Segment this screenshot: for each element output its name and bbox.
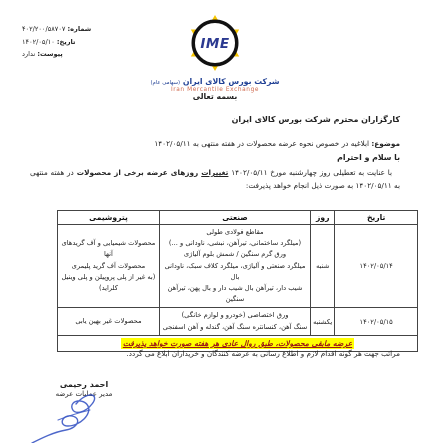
subject-label: موضوع: bbox=[371, 139, 400, 148]
cell-petrochemical: محصولات غیر بهین یابی bbox=[58, 308, 160, 335]
industrial-line: ورق گرم سنگین / شمش بلوم آلیاژی bbox=[162, 249, 308, 260]
industrial-line: شیب دار، تیرآهن بال شیب دار و بال پهن، ت… bbox=[162, 283, 308, 305]
table-row: ۱۴۰۲/۰۵/۱۴ شنبه مقاطع فولادی طولی (میلگر… bbox=[58, 225, 418, 308]
col-header-day: روز bbox=[311, 211, 335, 225]
petrochemical-line: محصولات آف گرید پلیمری bbox=[60, 261, 157, 272]
company-name-fa-suffix: (سهامی عام) bbox=[150, 80, 180, 86]
cell-industrial: مقاطع فولادی طولی (میلگرد ساختمانی، تیرآ… bbox=[159, 225, 310, 308]
petrochemical-line: محصولات غیر بهین یابی bbox=[60, 316, 157, 327]
signature-block: احمد رحیمی مدیر عملیات عرضه bbox=[30, 380, 138, 399]
signer-title: مدیر عملیات عرضه bbox=[30, 390, 138, 399]
supply-schedule-table-wrap: تاریخ روز صنعتی پتروشیمی ۱۴۰۲/۰۵/۱۴ شنبه… bbox=[57, 210, 418, 352]
company-name-fa-text: شرکت بورس کالای ایران bbox=[183, 77, 280, 86]
subject-line: موضوع: ابلاغیه در خصوص نحوه عرضه محصولات… bbox=[30, 137, 400, 150]
header-logo-block: IME شرکت بورس کالای ایران (سهامی عام) Ir… bbox=[0, 14, 430, 93]
col-header-petrochemical: پتروشیمی bbox=[58, 211, 160, 225]
cell-day: شنبه bbox=[311, 225, 335, 308]
cell-petrochemical: محصولات شیمیایی و آف گریدهای آنها محصولا… bbox=[58, 225, 160, 308]
subject-text: ابلاغیه در خصوص نحوه عرضه محصولات در هفت… bbox=[154, 139, 371, 148]
supply-schedule-table: تاریخ روز صنعتی پتروشیمی ۱۴۰۲/۰۵/۱۴ شنبه… bbox=[57, 210, 418, 352]
salutation-line: کارگزاران محترم شرکت بورس کالای ایران bbox=[30, 113, 400, 126]
body-text-underlined: تغییرات bbox=[201, 168, 228, 177]
company-name-fa: شرکت بورس کالای ایران (سهامی عام) bbox=[0, 77, 430, 86]
cell-day: یکشنبه bbox=[311, 308, 335, 335]
body-paragraph: با عنایت به تعطیلی روز چهارشنبه مورخ ۱۴۰… bbox=[30, 166, 400, 192]
closing-line: مراتب جهت هر گونه اقدام لازم و اطلاع رسا… bbox=[30, 349, 400, 358]
body-text-bold: روزهای عرضه برخی از محصولات bbox=[74, 168, 201, 177]
industrial-line: (میلگرد ساختمانی، تیرآهن، نبشی، ناودانی … bbox=[162, 238, 308, 249]
svg-text:IME: IME bbox=[200, 36, 229, 52]
letter-body: کارگزاران محترم شرکت بورس کالای ایران مو… bbox=[30, 113, 400, 192]
highlighted-note: عرضه مابقی محصولات، طبق روال عادی هر هفت… bbox=[121, 338, 354, 349]
cell-industrial: ورق اختصاصی (خودرو و لوازم خانگی) سنگ آه… bbox=[159, 308, 310, 335]
col-header-date: تاریخ bbox=[335, 211, 418, 225]
petrochemical-line: (به غیر از پلی پروپیلن و پلی وینیل کلرای… bbox=[60, 272, 157, 294]
industrial-line: ورق اختصاصی (خودرو و لوازم خانگی) bbox=[162, 310, 308, 321]
petrochemical-line: محصولات شیمیایی و آف گریدهای آنها bbox=[60, 238, 157, 260]
letter-page: { "meta": { "number_label": "شماره:", "n… bbox=[0, 0, 430, 443]
table-row: ۱۴۰۲/۰۵/۱۵ یکشنبه ورق اختصاصی (خودرو و ل… bbox=[58, 308, 418, 335]
industrial-line: میلگرد صنعتی و آلیاژی، میلگرد کلاف سبک، … bbox=[162, 261, 308, 283]
col-header-industrial: صنعتی bbox=[159, 211, 310, 225]
table-header-row: تاریخ روز صنعتی پتروشیمی bbox=[58, 211, 418, 225]
industrial-line: مقاطع فولادی طولی bbox=[162, 227, 308, 238]
besmele-line: بسمه تعالی bbox=[0, 92, 430, 101]
signer-name: احمد رحیمی bbox=[30, 380, 138, 390]
industrial-line: سنگ آهن، کنسانتره سنگ آهن، گندله و آهن ا… bbox=[162, 322, 308, 333]
body-text-1: با عنایت به تعطیلی روز چهارشنبه مورخ ۱۴۰… bbox=[228, 168, 392, 177]
ime-logo-icon: IME bbox=[186, 14, 244, 72]
cell-date: ۱۴۰۲/۰۵/۱۵ bbox=[335, 308, 418, 335]
greeting-line: با سلام و احترام bbox=[30, 151, 400, 164]
cell-date: ۱۴۰۲/۰۵/۱۴ bbox=[335, 225, 418, 308]
